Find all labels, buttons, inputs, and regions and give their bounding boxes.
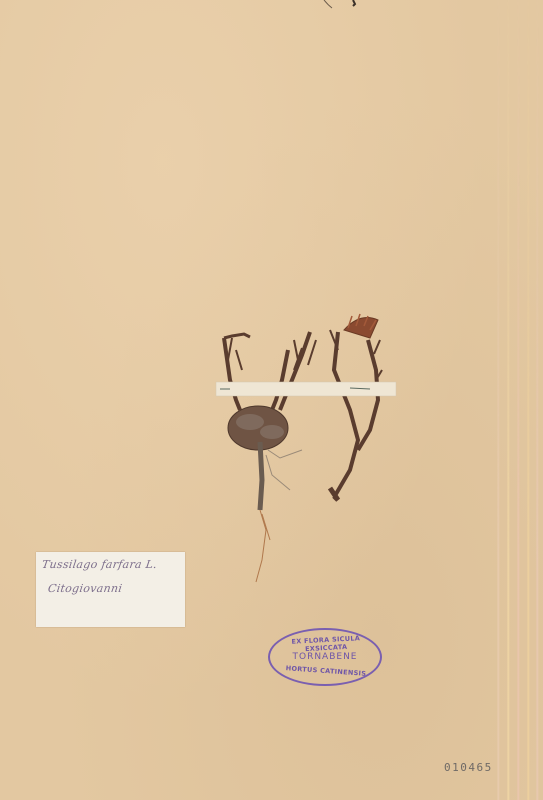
catalog-number: 010465 [444, 761, 493, 774]
sheet-edge-stripes [483, 0, 543, 800]
herbarium-sheet: Tussilago farfara L. Citogiovanni EX FLO… [0, 0, 543, 800]
label-collector-name: Citogiovanni [47, 582, 123, 595]
stamp-bottom-text: HORTUS CATINENSIS [274, 663, 378, 678]
left-stem [224, 332, 316, 582]
herbarium-stamp: EX FLORA SICULA EXSICCATA TORNABENE HORT… [268, 628, 382, 686]
plant-specimen [210, 310, 410, 590]
specimen-label: Tussilago farfara L. Citogiovanni [36, 552, 185, 627]
stamp-middle-text: TORNABENE [270, 652, 380, 662]
label-species-name: Tussilago farfara L. [41, 558, 158, 571]
right-stem [330, 314, 382, 500]
top-ink-mark [320, 0, 370, 14]
